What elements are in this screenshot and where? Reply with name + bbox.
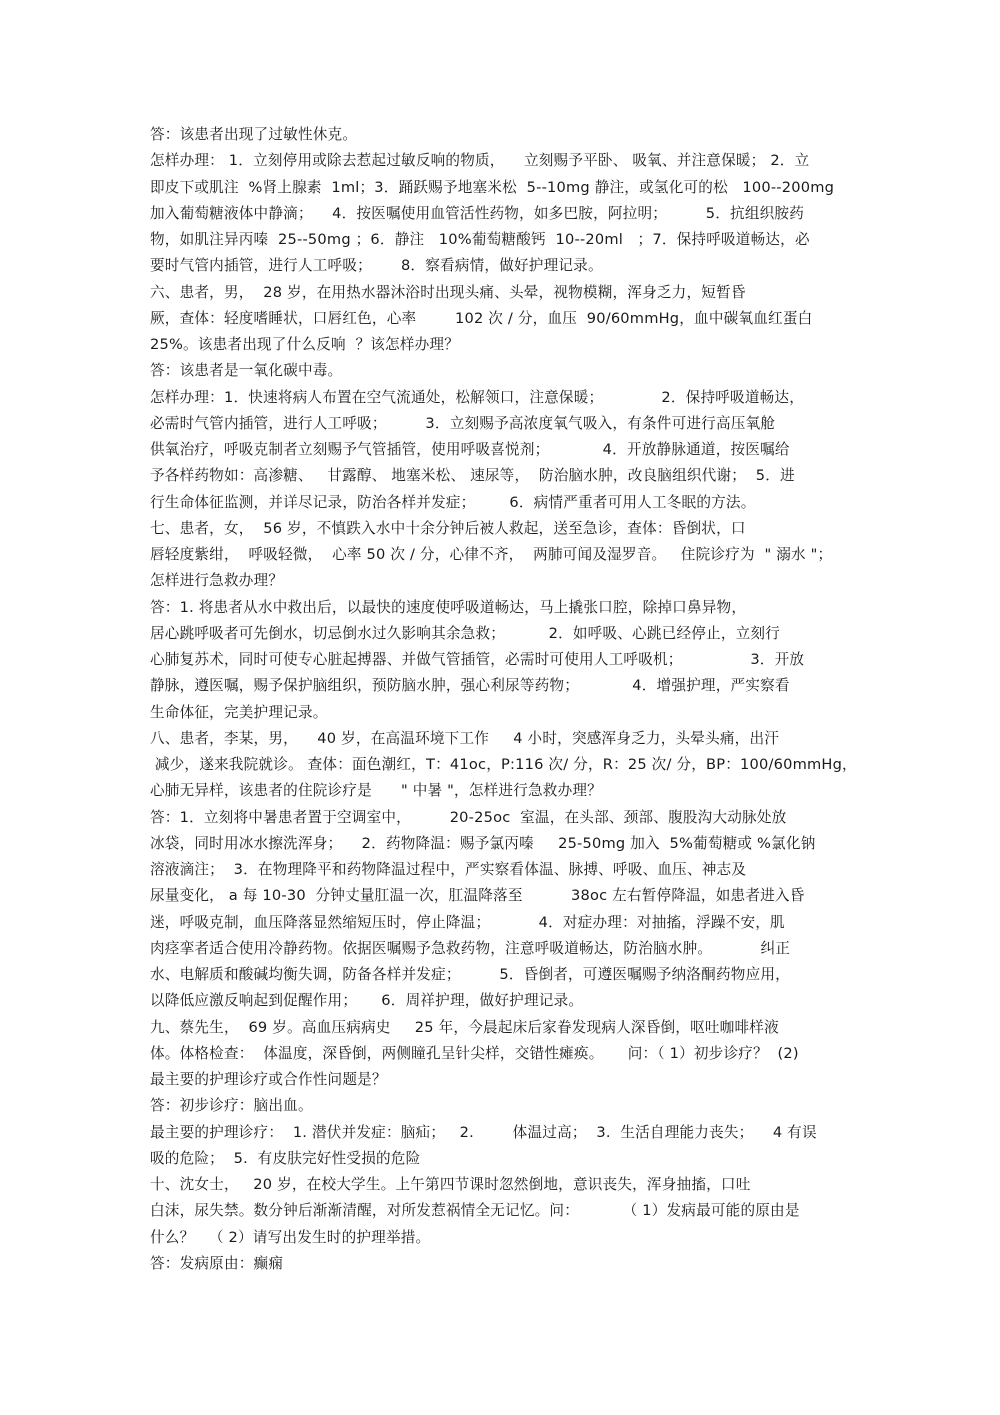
text-line: 行生命体征监测，并详尽记录，防治各样并发症； 6．病情严重者可用人工冬眠的方法。 [150, 490, 850, 516]
text-line: 予各样药物如：高渗糖、 甘露醇、 地塞米松、 速尿等， 防治脑水肿，改良脑组织代… [150, 463, 850, 489]
question-heading: 九、蔡先生， 69 岁。高血压病病史 25 年，今晨起床后家眷发现病人深昏倒，呕… [150, 1015, 850, 1041]
text-line: 厥，查体：轻度嗜睡状，口唇红色，心率 102 次 / 分，血压 90/60mmH… [150, 306, 850, 332]
answer-line: 答：1. 将患者从水中救出后，以最快的速度使呼吸道畅达，马上撬张口腔，除掉口鼻异… [150, 595, 850, 621]
text-line: 25%。该患者出现了什么反响 ？该怎样办理？ [150, 332, 850, 358]
question-heading: 六、患者，男， 28 岁，在用热水器沐浴时出现头痛、头晕，视物模糊，浑身乏力，短… [150, 280, 850, 306]
text-line: 即皮下或肌注 %肾上腺素 1ml；3．踊跃赐予地塞米松 5--10mg 静注，或… [150, 175, 850, 201]
answer-line: 答：发病原由：癫痫 [150, 1251, 850, 1277]
text-line: 水、电解质和酸碱均衡失调，防备各样并发症； 5．昏倒者，可遵医嘱赐予纳洛酮药物应… [150, 962, 850, 988]
text-line: 吸的危险； 5. 有皮肤完好性受损的危险 [150, 1146, 850, 1172]
question-heading: 十、沈女士， 20 岁，在校大学生。上午第四节课时忽然倒地，意识丧失，浑身抽搐，… [150, 1172, 850, 1198]
text-line: 要时气管内插管，进行人工呼吸； 8．察看病情，做好护理记录。 [150, 253, 850, 279]
text-line: 必需时气管内插管，进行人工呼吸； 3．立刻赐予高浓度氧气吸入，有条件可进行高压氧… [150, 411, 850, 437]
text-line: 最主要的护理诊疗： 1. 潜伏并发症：脑疝； 2. 体温过高； 3. 生活自理能… [150, 1120, 850, 1146]
answer-line: 答：该患者是一氧化碳中毒。 [150, 358, 850, 384]
text-line: 心肺无异样，该患者的住院诊疗是 " 中暑 "，怎样进行急救办理？ [150, 778, 850, 804]
text-line: 肉痉挛者适合使用冷静药物。依据医嘱赐予急救药物，注意呼吸道畅达，防治脑水肿。 纠… [150, 936, 850, 962]
answer-line: 答：1．立刻将中暑患者置于空调室中， 20-25oc 室温，在头部、颈部、腹股沟… [150, 805, 850, 831]
text-line: 什么？ （ 2）请写出发生时的护理举措。 [150, 1225, 850, 1251]
text-line: 溶液滴注； 3．在物理降平和药物降温过程中，严实察看体温、脉搏、呼吸、血压、神志… [150, 857, 850, 883]
text-line: 物，如肌注异丙嗪 25--50mg ；6．静注 10%葡萄糖酸钙 10--20m… [150, 227, 850, 253]
text-line: 居心跳呼吸者可先倒水，切忌倒水过久影响其余急救； 2．如呼吸、心跳已经停止，立刻… [150, 621, 850, 647]
text-line: 体。体格检查： 体温度，深昏倒，两侧瞳孔呈针尖样，交错性瘫痪。 问：（ 1）初步… [150, 1041, 850, 1067]
answer-line: 答：初步诊疗：脑出血。 [150, 1093, 850, 1119]
text-line: 静脉，遵医嘱，赐予保护脑组织，预防脑水肿，强心利尿等药物； 4．增强护理，严实察… [150, 673, 850, 699]
text-line: 怎样进行急救办理？ [150, 568, 850, 594]
question-heading: 八、患者，李某，男， 40 岁，在高温环境下工作 4 小时，突感浑身乏力，头晕头… [150, 726, 850, 752]
text-line: 怎样办理： 1．立刻停用或除去惹起过敏反响的物质， 立刻赐予平卧、 吸氧、并注意… [150, 148, 850, 174]
text-line: 生命体征，完美护理记录。 [150, 700, 850, 726]
document-page: 答：该患者出现了过敏性休克。 怎样办理： 1．立刻停用或除去惹起过敏反响的物质，… [150, 122, 850, 1277]
text-line: 迷，呼吸克制，血压降落显然缩短压时，停止降温； 4．对症办理：对抽搐，浮躁不安，… [150, 910, 850, 936]
text-line: 供氧治疗，呼吸克制者立刻赐予气管插管，使用呼吸喜悦剂； 4．开放静脉通道，按医嘱… [150, 437, 850, 463]
text-line: 唇轻度紫绀， 呼吸轻微， 心率 50 次 / 分，心律不齐， 两肺可闻及湿罗音。… [150, 542, 850, 568]
text-line: 以降低应激反响起到促醒作用； 6．周祥护理，做好护理记录。 [150, 988, 850, 1014]
text-line: 冰袋，同时用冰水擦洗浑身； 2．药物降温：赐予氯丙嗪 25-50mg 加入 5%… [150, 831, 850, 857]
text-line: 最主要的护理诊疗或合作性问题是？ [150, 1067, 850, 1093]
text-line: 减少，遂来我院就诊。 查体：面色潮红，T：41oc，P:116 次/ 分，R：2… [150, 752, 850, 778]
text-line: 心肺复苏术，同时可使专心脏起搏器、并做气管插管，必需时可使用人工呼吸机； 3．开… [150, 647, 850, 673]
text-line: 白沫，尿失禁。数分钟后渐渐清醒，对所发惹祸情全无记忆。问： （ 1）发病最可能的… [150, 1198, 850, 1224]
text-line: 怎样办理：1．快速将病人布置在空气流通处，松解领口，注意保暖； 2．保持呼吸道畅… [150, 385, 850, 411]
text-line: 加入葡萄糖液体中静滴； 4．按医嘱使用血管活性药物，如多巴胺，阿拉明； 5．抗组… [150, 201, 850, 227]
question-heading: 七、患者，女， 56 岁，不慎跌入水中十余分钟后被人救起，送至急诊，查体：昏倒状… [150, 516, 850, 542]
text-line: 尿量变化， a 每 10-30 分钟丈量肛温一次，肛温降落至 38oc 左右暂停… [150, 883, 850, 909]
text-line: 答：该患者出现了过敏性休克。 [150, 122, 850, 148]
